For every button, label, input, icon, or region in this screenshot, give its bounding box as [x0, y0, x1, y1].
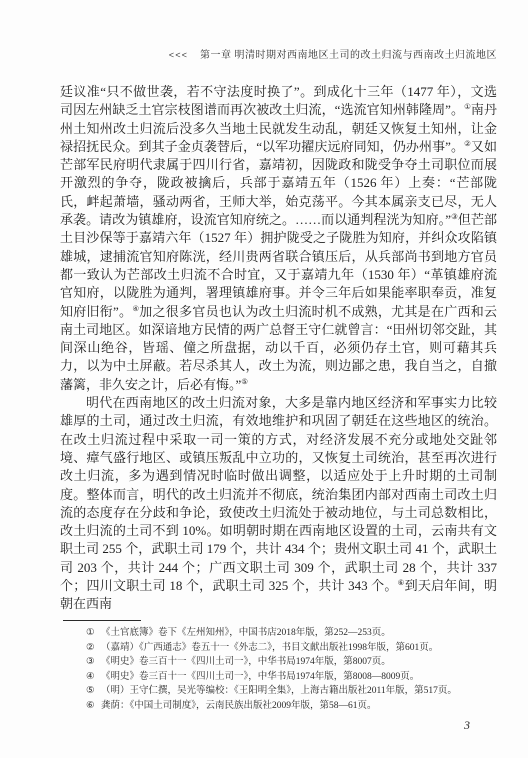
footnote-text: 《土官底簿》卷下《左州知州》，中国书店2018年版，第252—253页。 [101, 626, 497, 641]
footnote-item: ③《明史》卷三百十一《四川土司一》，中华书局1974年版，第8007页。 [62, 655, 497, 670]
footnote-number: ① [86, 626, 101, 641]
book-page: <<<第一章 明清时期对西南地区土司的改土归流与西南改土归流地区 廷议准“只不做… [0, 0, 528, 758]
footnote-ref: ② [464, 139, 471, 148]
footnote-item: ②（嘉靖）《广西通志》卷五十一《外志二》，书目文献出版社1998年版，第601页… [62, 641, 497, 656]
footnote-item: ⑥龚荫：《中国土司制度》，云南民族出版社2009年版，第58—61页。 [62, 699, 497, 714]
footnote-number: ② [86, 641, 101, 656]
footnote-text: （明）王守仁撰，吴光等编校：《王阳明全集》，上海古籍出版社2011年版，第517… [101, 684, 497, 699]
footnote-text: 龚荫：《中国土司制度》，云南民族出版社2009年版，第58—61页。 [101, 699, 497, 714]
footnote-number: ④ [86, 670, 101, 685]
page-number: 3 [464, 718, 470, 733]
footnote-text: 《明史》卷三百十一《四川土司一》，中华书局1974年版，第8007页。 [101, 655, 497, 670]
text-run: 明代在西南地区的改土归流对象，大多是靠内地区经济和军事实力比较雄厚的土司，通过改… [60, 395, 497, 593]
paragraph: 明代在西南地区的改土归流对象，大多是靠内地区经济和军事实力比较雄厚的土司，通过改… [60, 394, 497, 614]
paragraph: 廷议准“只不做世袭，若不守法度时换了”。到成化十三年（1477 年），文选司因左… [60, 83, 497, 394]
footnote-number: ③ [86, 655, 101, 670]
body-text: 廷议准“只不做世袭，若不守法度时换了”。到成化十三年（1477 年），文选司因左… [60, 83, 497, 614]
footnote-ref: ③ [451, 212, 458, 221]
footnotes: ①《土官底簿》卷下《左州知州》，中国书店2018年版，第252—253页。②（嘉… [62, 620, 497, 714]
footnote-text: （嘉靖）《广西通志》卷五十一《外志二》，书目文献出版社1998年版，第601页。 [101, 641, 497, 656]
footnote-item: ①《土官底簿》卷下《左州知州》，中国书店2018年版，第252—253页。 [62, 626, 497, 641]
running-header: <<<第一章 明清时期对西南地区土司的改土归流与西南改土归流地区 [31, 46, 497, 61]
footnote-list: ①《土官底簿》卷下《左州知州》，中国书店2018年版，第252—253页。②（嘉… [62, 626, 497, 714]
footnote-ref: ① [464, 102, 471, 111]
footnote-ref: ⑥ [398, 578, 405, 587]
footnote-item: ⑤（明）王守仁撰，吴光等编校：《王阳明全集》，上海古籍出版社2011年版，第51… [62, 684, 497, 699]
text-run: 廷议准“只不做世袭，若不守法度时换了”。到成化十三年（1477 年），文选司因左… [60, 84, 497, 117]
footnote-text: 《明史》卷三百十一《四川土司一》，中华书局1974年版，第8008—8009页。 [101, 670, 497, 685]
footnote-number: ⑤ [86, 684, 101, 699]
chapter-marker-icon: <<< [169, 51, 188, 61]
footnote-ref: ⑤ [241, 377, 248, 386]
footnote-divider [63, 620, 141, 621]
chapter-title: 第一章 明清时期对西南地区土司的改土归流与西南改土归流地区 [200, 50, 497, 61]
footnote-number: ⑥ [86, 699, 101, 714]
footnote-item: ④《明史》卷三百十一《四川土司一》，中华书局1974年版，第8008—8009页… [62, 670, 497, 685]
